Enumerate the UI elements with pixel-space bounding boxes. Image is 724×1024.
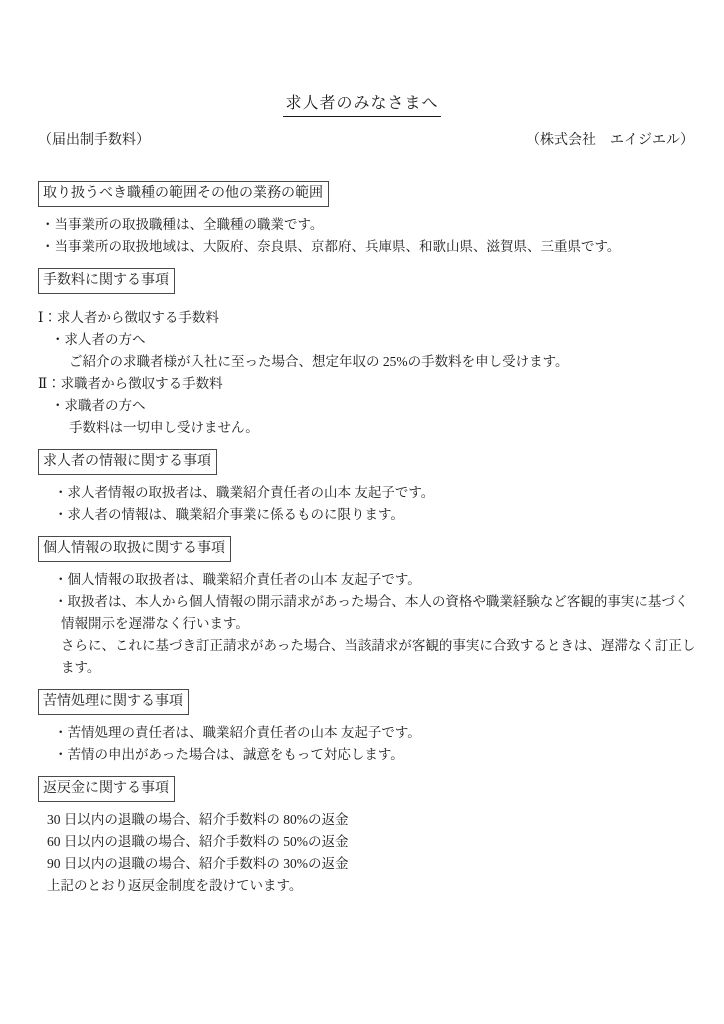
fee-employer-sub: ・求人者の方へ bbox=[38, 329, 698, 351]
list-item: ・求人者情報の取扱者は、職業紹介責任者の山本 友起子です。 bbox=[38, 482, 698, 504]
list-item: ・当事業所の取扱地域は、大阪府、奈良県、京都府、兵庫県、和歌山県、滋賀県、三重県… bbox=[38, 236, 698, 258]
document-page: 求人者のみなさまへ （届出制手数料） （株式会社 エイジエル） 取り扱うべき職種… bbox=[0, 0, 724, 1024]
section-employer-info-heading: 求人者の情報に関する事項 bbox=[38, 449, 217, 475]
section-employer-info-items: ・求人者情報の取扱者は、職業紹介責任者の山本 友起子です。 ・求人者の情報は、職… bbox=[38, 482, 698, 526]
fee-jobseeker-label: Ⅱ：求職者から徴収する手数料 bbox=[38, 373, 698, 395]
document-body: 取り扱うべき職種の範囲その他の業務の範囲 ・当事業所の取扱職種は、全職種の職業で… bbox=[38, 151, 698, 897]
section-refunds-items: 30 日以内の退職の場合、紹介手数料の 80%の返金 60 日以内の退職の場合、… bbox=[38, 809, 698, 897]
subtitle-company-name: （株式会社 エイジエル） bbox=[526, 131, 694, 151]
section-employer-info: 求人者の情報に関する事項 ・求人者情報の取扱者は、職業紹介責任者の山本 友起子で… bbox=[38, 439, 698, 526]
section-refunds-heading: 返戻金に関する事項 bbox=[38, 776, 175, 802]
list-item: ・求人者の情報は、職業紹介事業に係るものに限ります。 bbox=[38, 504, 698, 526]
section-complaints-items: ・苦情処理の責任者は、職業紹介責任者の山本 友起子です。 ・苦情の申出があった場… bbox=[38, 722, 698, 766]
section-fees-items: Ⅰ：求人者から徴収する手数料 ・求人者の方へ ご紹介の求職者様が入社に至った場合… bbox=[38, 307, 698, 439]
section-personal-info-heading: 個人情報の取扱に関する事項 bbox=[38, 536, 231, 562]
list-item: 上記のとおり返戻金制度を設けています。 bbox=[38, 875, 698, 897]
section-scope: 取り扱うべき職種の範囲その他の業務の範囲 ・当事業所の取扱職種は、全職種の職業で… bbox=[38, 151, 698, 258]
list-item: 60 日以内の退職の場合、紹介手数料の 50%の返金 bbox=[38, 831, 698, 853]
list-item: 30 日以内の退職の場合、紹介手数料の 80%の返金 bbox=[38, 809, 698, 831]
section-scope-heading: 取り扱うべき職種の範囲その他の業務の範囲 bbox=[38, 181, 329, 207]
section-complaints: 苦情処理に関する事項 ・苦情処理の責任者は、職業紹介責任者の山本 友起子です。 … bbox=[38, 679, 698, 766]
section-fees: 手数料に関する事項 Ⅰ：求人者から徴収する手数料 ・求人者の方へ ご紹介の求職者… bbox=[38, 258, 698, 439]
fee-jobseeker-detail: 手数料は一切申し受けません。 bbox=[38, 417, 698, 439]
list-item: 90 日以内の退職の場合、紹介手数料の 30%の返金 bbox=[38, 853, 698, 875]
list-item: ・個人情報の取扱者は、職業紹介責任者の山本 友起子です。 bbox=[38, 569, 698, 591]
fee-employer-detail: ご紹介の求職者様が入社に至った場合、想定年収の 25%の手数料を申し受けます。 bbox=[38, 351, 698, 373]
document-subtitle-row: （届出制手数料） （株式会社 エイジエル） bbox=[38, 131, 694, 151]
page-title: 求人者のみなさまへ bbox=[283, 94, 440, 117]
list-item: ・苦情の申出があった場合は、誠意をもって対応します。 bbox=[38, 744, 698, 766]
list-item: ・苦情処理の責任者は、職業紹介責任者の山本 友起子です。 bbox=[38, 722, 698, 744]
list-item: さらに、これに基づき訂正請求があった場合、当該請求が客観的事実に合致するときは、… bbox=[38, 635, 698, 679]
section-fees-heading: 手数料に関する事項 bbox=[38, 268, 175, 294]
list-item: ・当事業所の取扱職種は、全職種の職業です。 bbox=[38, 214, 698, 236]
subtitle-fee-system: （届出制手数料） bbox=[38, 131, 150, 151]
section-scope-items: ・当事業所の取扱職種は、全職種の職業です。 ・当事業所の取扱地域は、大阪府、奈良… bbox=[38, 214, 698, 258]
fee-jobseeker-sub: ・求職者の方へ bbox=[38, 395, 698, 417]
fee-employer-label: Ⅰ：求人者から徴収する手数料 bbox=[38, 307, 698, 329]
section-personal-info: 個人情報の取扱に関する事項 ・個人情報の取扱者は、職業紹介責任者の山本 友起子で… bbox=[38, 526, 698, 679]
section-personal-info-items: ・個人情報の取扱者は、職業紹介責任者の山本 友起子です。 ・取扱者は、本人から個… bbox=[38, 569, 698, 679]
section-refunds: 返戻金に関する事項 30 日以内の退職の場合、紹介手数料の 80%の返金 60 … bbox=[38, 766, 698, 897]
section-complaints-heading: 苦情処理に関する事項 bbox=[38, 689, 189, 715]
list-item: ・取扱者は、本人から個人情報の開示請求があった場合、本人の資格や職業経験など客観… bbox=[38, 591, 698, 635]
title-wrap: 求人者のみなさまへ bbox=[0, 0, 724, 117]
